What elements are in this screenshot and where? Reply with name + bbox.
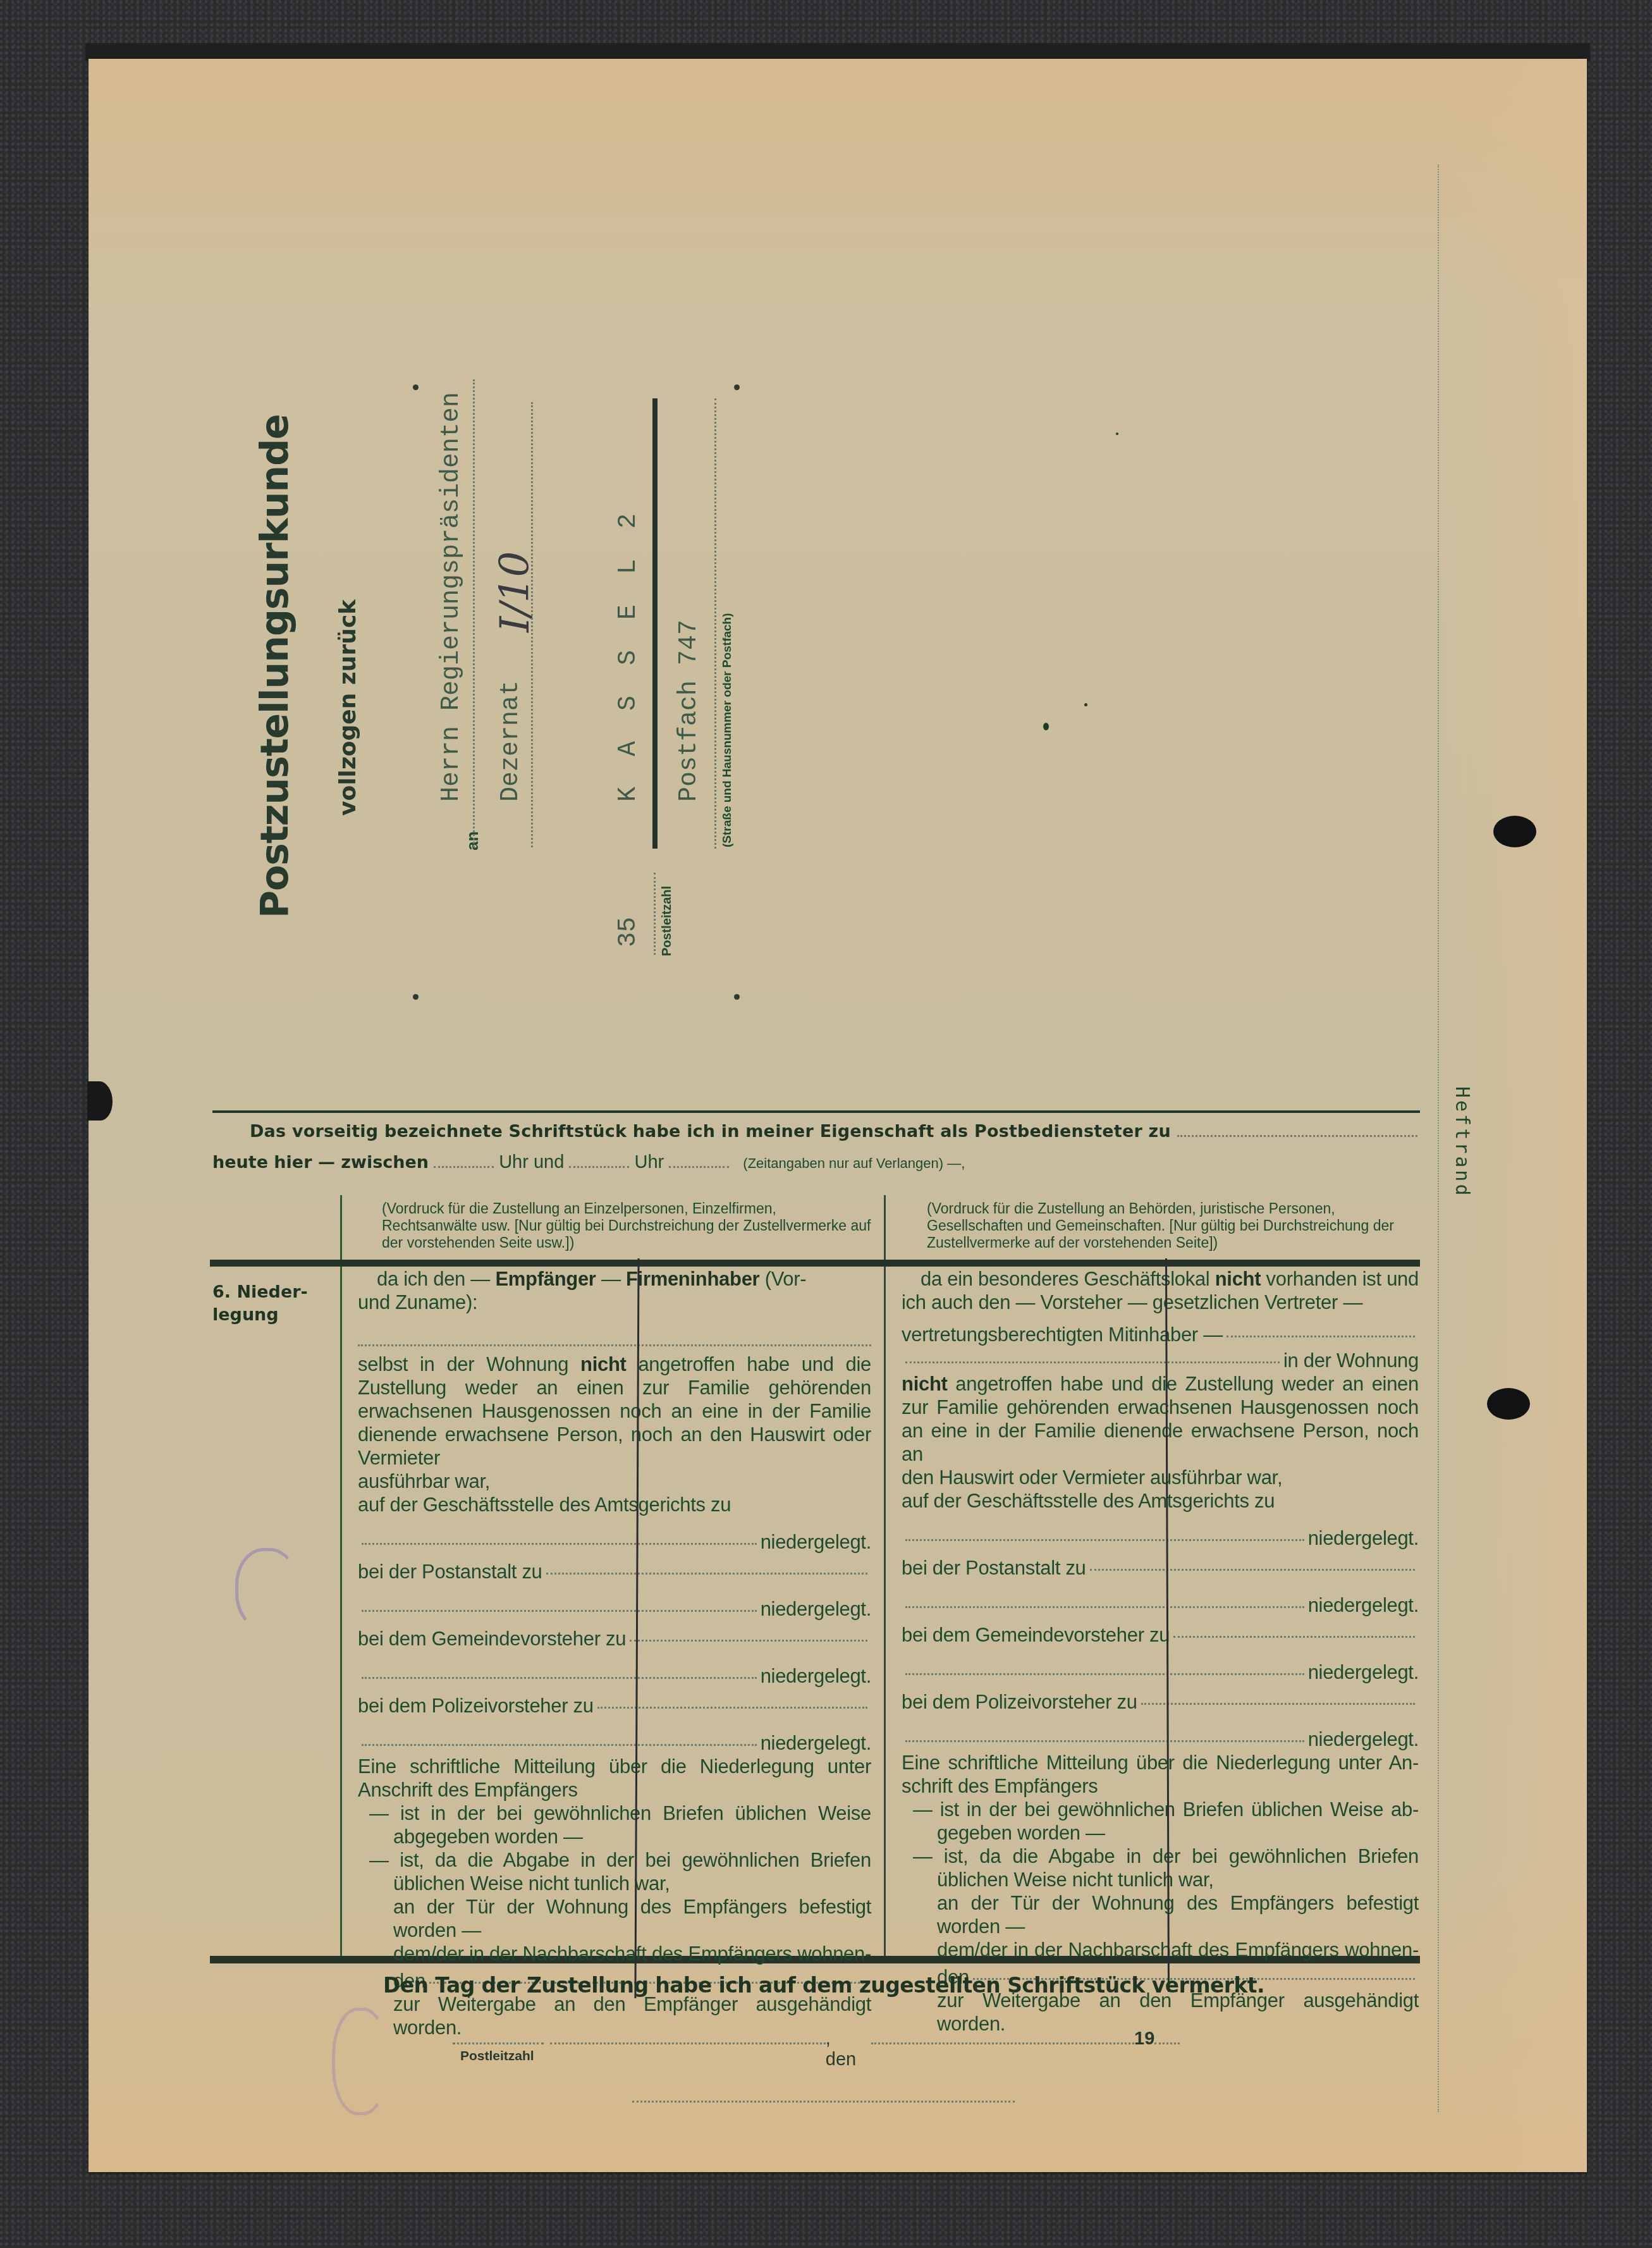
firmeninhaber-option: Firmeninhaber xyxy=(626,1268,759,1290)
left-amtsgericht-field[interactable] xyxy=(362,1543,757,1545)
address-street-label: (Straße und Hausnummer oder Postfach) xyxy=(721,613,735,847)
right-option-2b: üblichen Weise nicht tunlich war, xyxy=(902,1868,1419,1891)
punch-hole-top xyxy=(1493,816,1536,847)
text: angetroffen habe und die Zustellung wede… xyxy=(902,1373,1419,1465)
ink-speck xyxy=(1084,703,1087,706)
niedergelegt-label: niedergelegt. xyxy=(1308,1661,1419,1684)
left-name-field[interactable] xyxy=(358,1314,871,1346)
right-mitinhaber-label: vertretungsberechtigten Mitinhaber — xyxy=(902,1323,1223,1346)
footer-date-field[interactable] xyxy=(871,2042,1134,2044)
left-amtsgericht-label: auf der Geschäftsstelle des Amtsgerichts… xyxy=(358,1493,871,1516)
time-extra-field[interactable] xyxy=(669,1166,729,1168)
left-polizei-row: bei dem Polizeivorsteher zu xyxy=(358,1694,871,1717)
section-top-rule xyxy=(212,1110,1420,1113)
marker-dot xyxy=(734,384,740,390)
left-polizei-label: bei dem Polizeivorsteher zu xyxy=(358,1694,594,1717)
scanner-frame-strip xyxy=(85,43,1590,61)
text: — xyxy=(596,1268,626,1290)
left-postanstalt-label: bei der Postanstalt zu xyxy=(358,1560,542,1583)
left-option-2b: üblichen Weise nicht tunlich war, xyxy=(358,1872,871,1895)
nicht-emphasis: nicht xyxy=(902,1373,948,1395)
text: (Vor- xyxy=(759,1268,806,1290)
niedergelegt-label: niedergelegt. xyxy=(761,1664,871,1688)
table-header-rule xyxy=(210,1260,1420,1267)
marker-dot xyxy=(734,994,740,1000)
right-vorsteher: ich auch den — Vorsteher — gesetzlichen … xyxy=(902,1291,1419,1314)
address-recipient: Herrn Regierungspräsidenten xyxy=(437,392,466,802)
right-mitteilung-2: schrift des Empfängers xyxy=(902,1774,1419,1798)
ink-speck xyxy=(1043,723,1049,730)
right-postanstalt-label: bei der Postanstalt zu xyxy=(902,1556,1086,1580)
edge-notch xyxy=(87,1081,113,1121)
right-postanstalt-field-2[interactable] xyxy=(905,1606,1304,1608)
niedergelegt-label: niedergelegt. xyxy=(761,1530,871,1554)
right-name-field[interactable] xyxy=(905,1361,1280,1363)
left-mitteilung-2: Anschrift des Empfängers xyxy=(358,1778,871,1802)
left-gemeinde-row: bei dem Gemeindevorsteher zu xyxy=(358,1627,871,1650)
left-ausfuehrbar: ausführbar war, xyxy=(358,1470,871,1493)
signature-line[interactable] xyxy=(632,2101,1015,2103)
left-postanstalt-field-2[interactable] xyxy=(362,1610,757,1612)
right-option-1: — ist in der bei gewöhnlichen Briefen üb… xyxy=(902,1798,1419,1821)
right-postanstalt-row-2: niedergelegt. xyxy=(902,1594,1419,1617)
row-label-line-1: 6. Nieder- xyxy=(212,1281,308,1304)
right-gemeinde-label: bei dem Gemeindevorsteher zu xyxy=(902,1623,1170,1647)
footer-place-date-row: , den 19 xyxy=(453,2029,1180,2070)
right-polizei-field-2[interactable] xyxy=(905,1740,1304,1742)
right-polizei-field[interactable] xyxy=(1141,1703,1415,1705)
right-p1: da ein besonderes Geschäftslokal nicht v… xyxy=(902,1267,1419,1291)
footer-den-label: , den xyxy=(826,2029,866,2070)
right-mitinhaber-field[interactable] xyxy=(1227,1336,1415,1337)
right-mitteilung: Eine schriftliche Mitteilung über die Ni… xyxy=(902,1751,1419,1774)
niedergelegt-label: niedergelegt. xyxy=(1308,1594,1419,1617)
address-line-street xyxy=(714,398,716,849)
right-polizei-row-2: niedergelegt. xyxy=(902,1728,1419,1751)
right-ausfuehrbar: den Hauswirt oder Vermieter ausführbar w… xyxy=(902,1466,1419,1489)
left-p1: da ich den — Empfänger — Firmeninhaber (… xyxy=(358,1267,871,1291)
right-amtsgericht-label: auf der Geschäftsstelle des Amtsgerichts… xyxy=(902,1489,1419,1513)
left-p2: selbst in der Wohnung nicht angetroffen … xyxy=(358,1353,871,1470)
intro-location-field[interactable] xyxy=(1177,1135,1417,1137)
left-column-header: (Vordruck für die Zustellung an Einzelpe… xyxy=(382,1200,875,1251)
left-gemeinde-field-2[interactable] xyxy=(362,1677,757,1679)
left-option-2: — ist, da die Abgabe in der bei gewöhnli… xyxy=(358,1848,871,1872)
intro-heute-hier: heute hier — zwischen xyxy=(212,1153,429,1172)
row-label-line-2: legung xyxy=(212,1304,308,1327)
right-column-body: da ein besonderes Geschäftslokal nicht v… xyxy=(902,1267,1419,2036)
left-gemeinde-label: bei dem Gemeindevorsteher zu xyxy=(358,1627,626,1650)
purple-stamp-fragment xyxy=(332,2008,389,2115)
right-postanstalt-field[interactable] xyxy=(1090,1569,1415,1571)
text: da ich den — xyxy=(377,1268,495,1290)
left-postanstalt-field[interactable] xyxy=(546,1573,867,1575)
table-divider-middle xyxy=(884,1195,886,1957)
document-title: Postzustellungsurkunde xyxy=(253,414,297,918)
address-line-1 xyxy=(473,379,475,847)
left-mitteilung: Eine schriftliche Mitteilung über die Ni… xyxy=(358,1755,871,1778)
left-option-2c: an der Tür der Wohnung des Empfängers be… xyxy=(358,1895,871,1919)
right-postanstalt-row: bei der Postanstalt zu xyxy=(902,1556,1419,1580)
address-line-2 xyxy=(531,402,533,847)
footer-year-field[interactable] xyxy=(1154,2042,1180,2044)
left-option-1b: abgegeben worden — xyxy=(358,1825,871,1848)
footer-statement: Den Tag der Zustellung habe ich auf dem … xyxy=(383,1973,1264,1998)
left-column-body: da ich den — Empfänger — Firmeninhaber (… xyxy=(358,1267,871,2039)
left-option-2d: worden — xyxy=(358,1919,871,1942)
left-postanstalt-row: bei der Postanstalt zu xyxy=(358,1560,871,1583)
right-gemeinde-field[interactable] xyxy=(1173,1636,1415,1638)
right-wohnung-label: in der Wohnung xyxy=(1283,1349,1419,1372)
purple-stamp-fragment xyxy=(235,1548,298,1630)
niedergelegt-label: niedergelegt. xyxy=(761,1731,871,1755)
row-label: 6. Nieder- legung xyxy=(212,1281,308,1327)
footer-year-prefix: 19 xyxy=(1134,2029,1154,2049)
left-polizei-field[interactable] xyxy=(597,1707,867,1709)
ink-speck xyxy=(1116,433,1118,435)
marker-dot xyxy=(413,384,419,390)
intro-statement: Das vorseitig bezeichnete Schriftstück h… xyxy=(250,1122,1171,1141)
right-option-1b: gegeben worden — xyxy=(902,1821,1419,1845)
address-department-label: Dezernat xyxy=(497,680,525,802)
right-option-2d: worden — xyxy=(902,1915,1419,1938)
right-option-2: — ist, da die Abgabe in der bei gewöhnli… xyxy=(902,1845,1419,1868)
postal-code-line xyxy=(654,873,656,955)
text: vorhanden ist und xyxy=(1261,1268,1419,1290)
left-gemeinde-row-2: niedergelegt. xyxy=(358,1664,871,1688)
punch-hole-bottom xyxy=(1487,1388,1530,1420)
right-gemeinde-field-2[interactable] xyxy=(905,1673,1304,1675)
text: da ein besonderes Geschäftslokal xyxy=(921,1268,1215,1290)
niedergelegt-label: niedergelegt. xyxy=(1308,1526,1419,1550)
right-polizei-row: bei dem Polizeivorsteher zu xyxy=(902,1690,1419,1714)
footer-postal-label: Postleitzahl xyxy=(460,2049,534,2064)
binding-margin-label: Heftrand xyxy=(1451,1086,1473,1198)
left-postanstalt-row-2: niedergelegt. xyxy=(358,1597,871,1621)
right-option-2c: an der Tür der Wohnung des Empfängers be… xyxy=(902,1891,1419,1915)
postal-code-value: 35 xyxy=(615,917,643,947)
intro-line-1: Das vorseitig bezeichnete Schriftstück h… xyxy=(250,1122,1417,1141)
niedergelegt-label: niedergelegt. xyxy=(1308,1728,1419,1751)
footer-postal-field[interactable] xyxy=(453,2042,544,2044)
postal-code-label: Postleitzahl xyxy=(660,886,675,956)
address-city-rule xyxy=(652,398,658,849)
address-street: Postfach 747 xyxy=(675,620,704,802)
time-from-field[interactable] xyxy=(434,1166,494,1168)
left-polizei-field-2[interactable] xyxy=(362,1744,757,1746)
uhr-und-label: Uhr und xyxy=(499,1152,564,1172)
right-polizei-label: bei dem Polizeivorsteher zu xyxy=(902,1690,1137,1714)
binding-margin-line xyxy=(1438,164,1439,2112)
right-gemeinde-row-2: niedergelegt. xyxy=(902,1661,1419,1684)
right-amtsgericht-field[interactable] xyxy=(905,1539,1304,1541)
left-name-label: und Zuname): xyxy=(358,1291,871,1314)
footer-place-field[interactable] xyxy=(550,2042,826,2044)
right-amtsgericht-row: niedergelegt. xyxy=(902,1526,1419,1550)
text: selbst in der Wohnung xyxy=(358,1353,580,1375)
right-option-3: dem/der in der Nachbarschaft des Empfäng… xyxy=(902,1938,1419,1962)
intro-line-2: heute hier — zwischen Uhr und Uhr (Zeita… xyxy=(212,1152,965,1173)
time-note: (Zeitangaben nur auf Verlangen) —, xyxy=(743,1155,965,1171)
right-wohnung-row: in der Wohnung xyxy=(902,1349,1419,1372)
address-city: K A S S E L 2 xyxy=(615,506,643,802)
left-option-3: dem/der in der Nachbarschaft des Empfäng… xyxy=(358,1942,871,1965)
time-to-field[interactable] xyxy=(569,1166,629,1168)
nicht-emphasis: nicht xyxy=(580,1353,627,1375)
uhr-label: Uhr xyxy=(634,1152,664,1172)
right-p2: nicht angetroffen habe und die Zustellun… xyxy=(902,1372,1419,1466)
nicht-emphasis: nicht xyxy=(1215,1268,1261,1290)
left-option-1: — ist in der bei gewöhnlichen Briefen üb… xyxy=(358,1802,871,1825)
right-column-header: (Vordruck für die Zustellung an Behörden… xyxy=(927,1200,1420,1251)
right-gemeinde-row: bei dem Gemeindevorsteher zu xyxy=(902,1623,1419,1647)
left-amtsgericht-row: niedergelegt. xyxy=(358,1530,871,1554)
right-mitinhaber-row: vertretungsberechtigten Mitinhaber — xyxy=(902,1323,1419,1346)
table-divider-left xyxy=(340,1195,342,1957)
left-gemeinde-field[interactable] xyxy=(630,1640,867,1642)
left-polizei-row-2: niedergelegt. xyxy=(358,1731,871,1755)
document-subtitle: vollzogen zurück xyxy=(335,599,361,816)
niedergelegt-label: niedergelegt. xyxy=(761,1597,871,1621)
marker-dot xyxy=(413,994,419,1000)
empfaenger-option: Empfänger xyxy=(495,1268,596,1290)
